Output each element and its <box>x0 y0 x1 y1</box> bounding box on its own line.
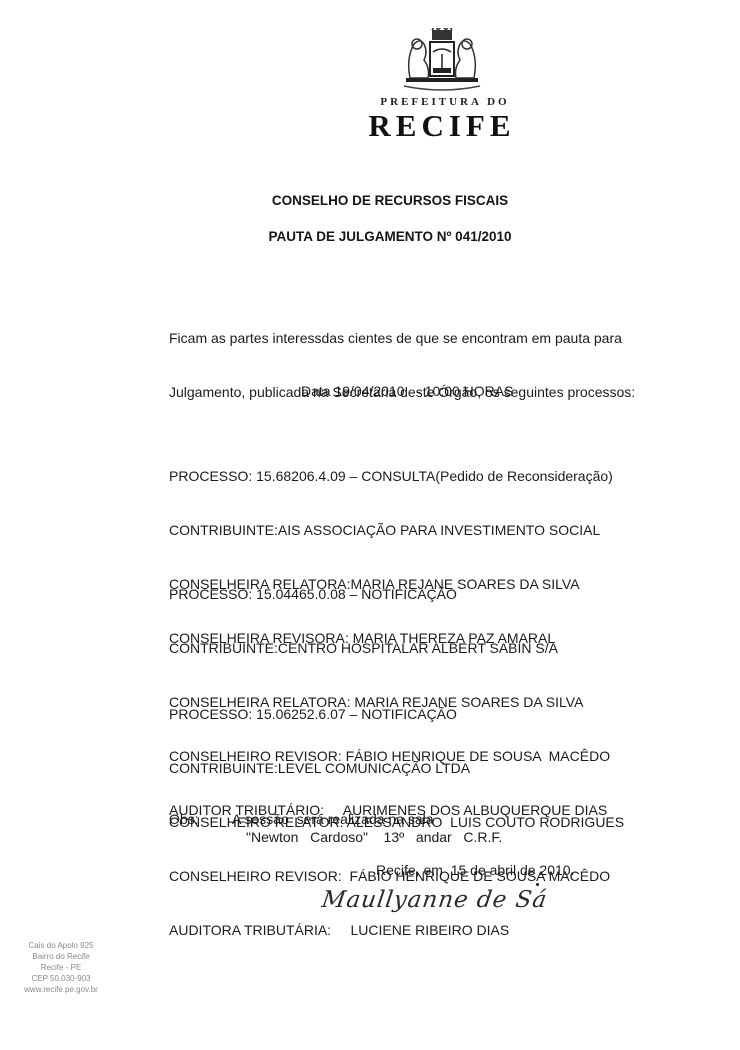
obs-text: A sessão será realizada na sala <box>232 810 434 828</box>
obs-label: Obs: <box>169 810 199 828</box>
document-title: PAUTA DE JULGAMENTO Nº 041/2010 <box>20 229 740 244</box>
session-date: Data 19/04/2010 - 10:00 HORAS <box>301 382 513 400</box>
footer-address: Cais do Apolo 925 Bairro do Recife Recif… <box>16 940 106 995</box>
city-coat-of-arms-icon <box>400 28 484 94</box>
taxpayer-line: CONTRIBUINTE:LEVEL COMUNICAÇÃO LTDA <box>169 759 624 777</box>
place-date: Recife, em 15 de abril de 2010. <box>376 861 574 879</box>
address-line: Recife - PE <box>16 962 106 973</box>
address-line: Bairro do Recife <box>16 951 106 962</box>
signature: Maullyanne de Sá <box>320 887 549 913</box>
auditor-line: AUDITORA TRIBUTÁRIA: LUCIENE RIBEIRO DIA… <box>169 921 624 939</box>
council-heading: CONSELHO DE RECURSOS FISCAIS <box>20 193 740 208</box>
process-line: PROCESSO: 15.06252.6.07 – NOTIFICAÇÃO <box>169 705 624 723</box>
taxpayer-line: CONTRIBUINTE:CENTRO HOSPITALAR ALBERT SA… <box>169 639 610 657</box>
institution-label: PREFEITURA DO <box>370 96 520 108</box>
city-name: RECIFE <box>362 108 522 144</box>
process-line: PROCESSO: 15.04465.0.08 – NOTIFICAÇÃO <box>169 585 610 603</box>
intro-line: Ficam as partes interessdas cientes de q… <box>169 329 635 347</box>
address-line: CEP 50.030-903 <box>16 973 106 984</box>
ink-dot <box>536 883 539 886</box>
website-line: www.recife.pe.gov.br <box>16 984 106 995</box>
taxpayer-line: CONTRIBUINTE:AIS ASSOCIAÇÃO PARA INVESTI… <box>169 521 613 539</box>
obs-room: "Newton Cardoso" 13º andar C.R.F. <box>246 828 502 846</box>
address-line: Cais do Apolo 925 <box>16 940 106 951</box>
intro-paragraph: Ficam as partes interessdas cientes de q… <box>169 293 635 419</box>
process-line: PROCESSO: 15.68206.4.09 – CONSULTA(Pedid… <box>169 467 613 485</box>
